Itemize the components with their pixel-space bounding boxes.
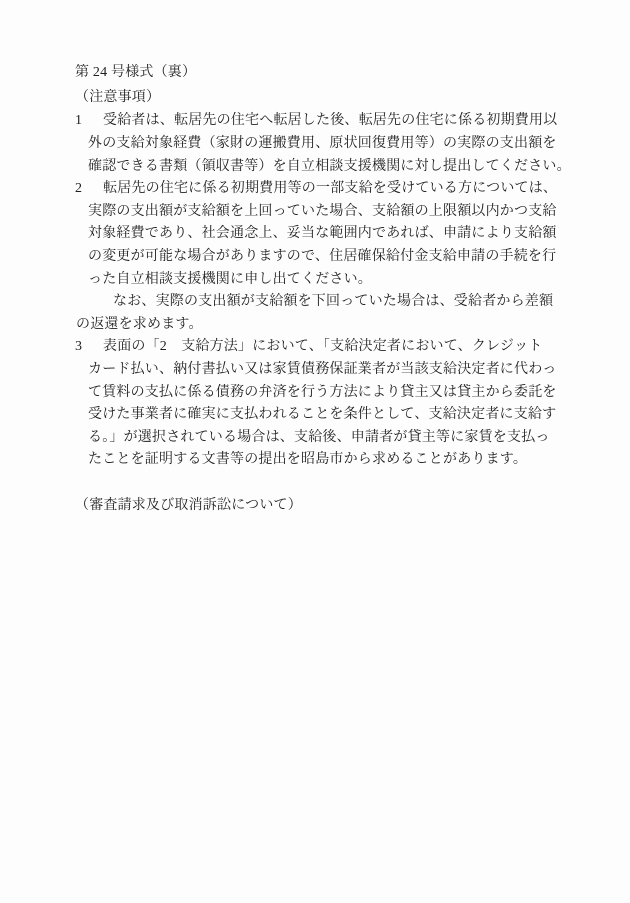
note-continuation-line: 外の支給対象経費（家財の運搬費用、原状回復費用等）の実際の支出額を <box>88 133 600 156</box>
form-number-label: 第 24 号様式（裏） <box>75 61 600 86</box>
note-item-line: 1受給者は、転居先の住宅へ転居した後、転居先の住宅に係る初期費用以 <box>75 110 600 133</box>
note-line-text: 実際の支出額が支給額を上回っていた場合、支給額の上限額以内かつ支給 <box>88 204 557 219</box>
note-item-number: 2 <box>75 178 103 201</box>
note-line-text: 表面の「2 支給方法」において、「支給決定者において、クレジット <box>103 339 543 354</box>
note-continuation-line: カード払い、納付書払い又は家賃債務保証業者が当該支給決定者に代わっ <box>88 359 600 382</box>
note-line-text: たことを証明する文書等の提出を昭島市から求めることがあります。 <box>88 452 527 467</box>
note-continuation-line: った自立相談支援機関に申し出てください。 <box>88 269 600 292</box>
note-continuation-line: て賃料の支払に係る債務の弁済を行う方法により貸主又は貸主から委託を <box>88 382 600 405</box>
note-item-number: 1 <box>75 110 103 133</box>
document-page: { "page": { "background_color": "#fdfdfd… <box>0 0 630 903</box>
note-line-text: て賃料の支払に係る債務の弁済を行う方法により貸主又は貸主から委託を <box>88 385 557 400</box>
note-line-text: の変更が可能な場合がありますので、住居確保給付金支給申請の手続を行 <box>88 249 556 264</box>
note-supplement-continuation-line: の返還を求めます。 <box>76 314 600 337</box>
notes-heading: （注意事項） <box>75 86 600 111</box>
note-supplement-line: なお、実際の支出額が支給額を下回っていた場合は、受給者から差額 <box>113 291 600 314</box>
note-item-line: 2転居先の住宅に係る初期費用等の一部支給を受けている方については、 <box>75 178 600 201</box>
document-body: 第 24 号様式（裏） （注意事項） 1受給者は、転居先の住宅へ転居した後、転居… <box>0 0 630 903</box>
note-continuation-line: たことを証明する文書等の提出を昭島市から求めることがあります。 <box>88 449 600 472</box>
note-continuation-line: 受けた事業者に確実に支払われることを条件として、支給決定者に支給す <box>88 404 600 427</box>
note-line-text: カード払い、納付書払い又は家賃債務保証業者が当該支給決定者に代わっ <box>88 362 556 377</box>
note-item-number: 3 <box>75 336 103 359</box>
note-continuation-line: る。」が選択されている場合は、支給後、申請者が貸主等に家賃を支払っ <box>88 427 600 450</box>
note-line-text: 確認できる書類（領収書等）を自立相談支援機関に対し提出してください。 <box>88 159 571 174</box>
note-line-text: 受給者は、転居先の住宅へ転居した後、転居先の住宅に係る初期費用以 <box>103 113 557 128</box>
document-lines: 1受給者は、転居先の住宅へ転居した後、転居先の住宅に係る初期費用以外の支給対象経… <box>75 110 600 472</box>
note-continuation-line: 実際の支出額が支給額を上回っていた場合、支給額の上限額以内かつ支給 <box>88 201 600 224</box>
note-line-text: る。」が選択されている場合は、支給後、申請者が貸主等に家賃を支払っ <box>88 430 550 445</box>
note-line-text: なお、実際の支出額が支給額を下回っていた場合は、受給者から差額 <box>113 294 553 309</box>
review-request-heading: （審査請求及び取消訴訟について） <box>75 495 600 518</box>
note-line-text: の返還を求めます。 <box>76 317 203 332</box>
note-line-text: 転居先の住宅に係る初期費用等の一部支給を受けている方については、 <box>103 181 557 196</box>
note-continuation-line: 対象経費であり、社会通念上、妥当な範囲内であれば、申請により支給額 <box>88 223 600 246</box>
note-line-text: った自立相談支援機関に申し出てください。 <box>88 272 372 287</box>
note-item-line: 3表面の「2 支給方法」において、「支給決定者において、クレジット <box>75 336 600 359</box>
note-line-text: 対象経費であり、社会通念上、妥当な範囲内であれば、申請により支給額 <box>88 226 557 241</box>
note-line-text: 外の支給対象経費（家財の運搬費用、原状回復費用等）の実際の支出額を <box>88 136 557 151</box>
note-continuation-line: の変更が可能な場合がありますので、住居確保給付金支給申請の手続を行 <box>88 246 600 269</box>
note-line-text: 受けた事業者に確実に支払われることを条件として、支給決定者に支給す <box>88 407 556 422</box>
note-continuation-line: 確認できる書類（領収書等）を自立相談支援機関に対し提出してください。 <box>88 156 600 179</box>
